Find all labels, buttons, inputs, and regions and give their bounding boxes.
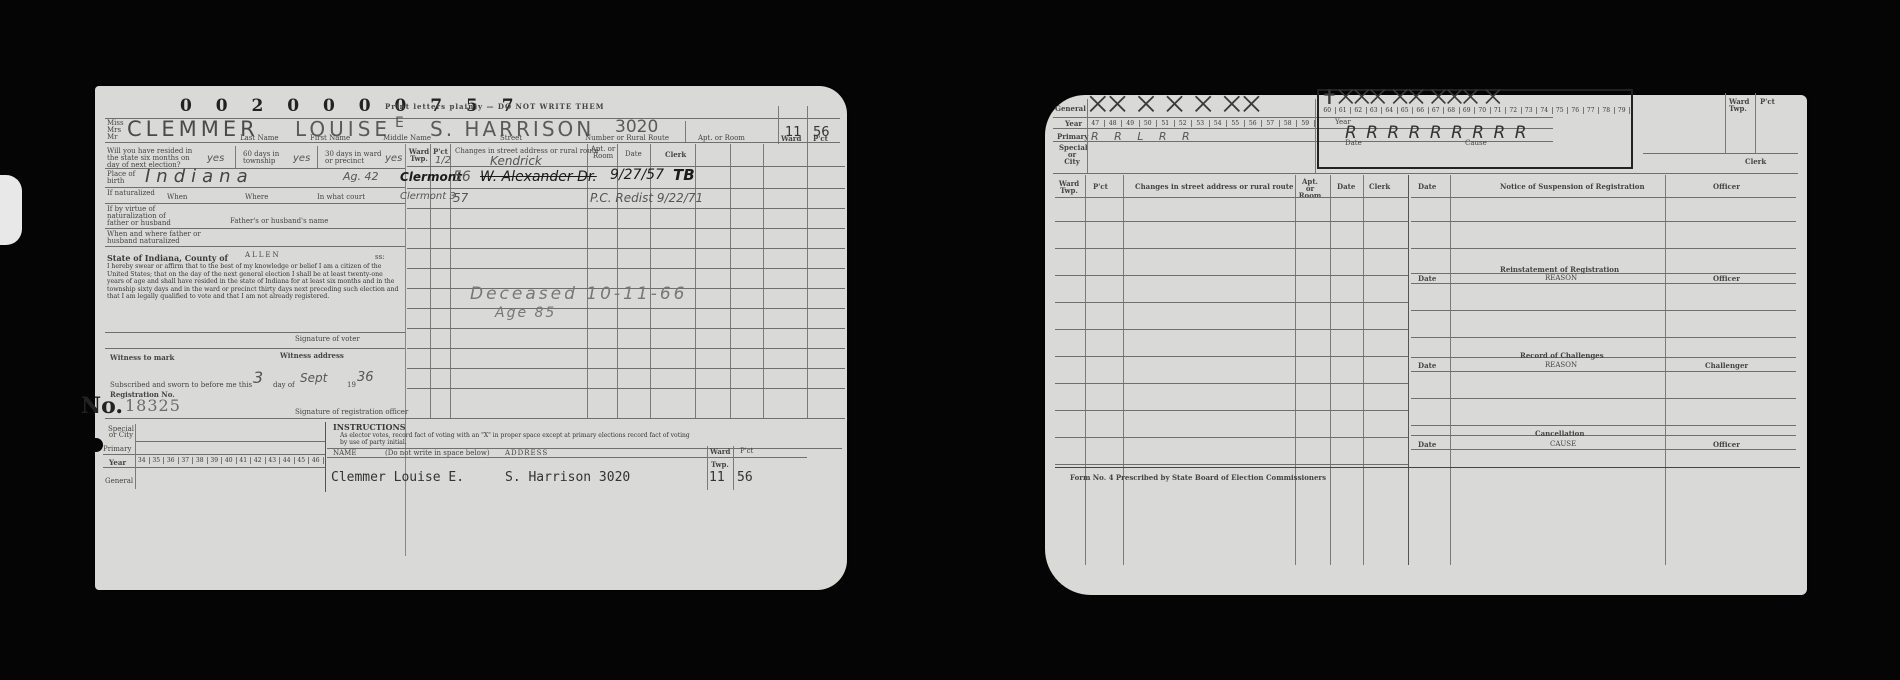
cancellation-header-date: Date bbox=[1418, 441, 1436, 448]
label-witness-address: Witness address bbox=[280, 352, 344, 359]
label-pct-bottom: P'ct bbox=[740, 448, 753, 455]
grid-label-year: Year bbox=[109, 459, 126, 466]
typed-address: S. Harrison 3020 bbox=[505, 471, 630, 484]
label-twp-bottom: Twp. bbox=[711, 461, 729, 468]
subscribed-year: 36 bbox=[357, 371, 374, 384]
primary-marks-right: R R R R R R R R R bbox=[1345, 125, 1529, 142]
change-row-2-date: 9/27/57 bbox=[610, 168, 664, 182]
registration-card-front: 0 0 2 0 0 0 0 7 5 7 Print letters plainl… bbox=[95, 86, 847, 590]
left-year-row: 34 35 36 37 38 39 40 41 42 43 44 45 46 bbox=[135, 457, 324, 464]
change-row-2-address: W. Alexander Dr. bbox=[480, 170, 597, 184]
label-first-name: First Name bbox=[310, 135, 350, 142]
state-answer: yes bbox=[207, 154, 224, 164]
header-apt: Apt. or Room bbox=[589, 146, 617, 160]
label-clerk-top: Clerk bbox=[1745, 158, 1766, 165]
label-pct-top: P'ct bbox=[1760, 98, 1775, 105]
typed-name: Clemmer Louise E. bbox=[331, 471, 464, 484]
deceased-note: Deceased 10-11-66 bbox=[470, 286, 687, 303]
punch-hole bbox=[89, 438, 103, 452]
label-name: NAME bbox=[333, 450, 356, 457]
challenges-header-date: Date bbox=[1418, 362, 1436, 369]
header-apt: Apt. or Room bbox=[1297, 178, 1323, 199]
middle-name-value: E bbox=[395, 116, 404, 130]
header-clerk: Clerk bbox=[665, 151, 686, 158]
header-pct: P'ct bbox=[1093, 183, 1108, 190]
reinstatement-header-reason: REASON bbox=[1545, 275, 1577, 282]
township-answer: yes bbox=[293, 154, 310, 164]
scan-edge-tab bbox=[0, 175, 22, 245]
label-ward: Ward bbox=[781, 135, 801, 142]
challenges-title: Record of Challenges bbox=[1520, 352, 1604, 359]
oath-text: I hereby swear or affirm that to the bes… bbox=[107, 263, 399, 301]
grid-label-primary: Primary bbox=[1057, 133, 1088, 140]
suspension-header-notice: Notice of Suspension of Registration bbox=[1500, 183, 1645, 190]
label-ward-twp-top: Ward Twp. bbox=[1729, 98, 1753, 112]
grid-label-year: Year bbox=[1065, 120, 1082, 127]
reinstatement-header-officer: Officer bbox=[1713, 275, 1740, 282]
grid-label-general: General bbox=[1055, 105, 1086, 112]
change-row-3-pct: 57 bbox=[453, 192, 468, 204]
label-subscribed: Subscribed and sworn to before me this bbox=[110, 382, 252, 389]
label-pct: P'ct bbox=[813, 135, 828, 142]
label-father-husband-name: Father's or husband's name bbox=[230, 218, 328, 225]
grid-label-special: Special or City bbox=[107, 426, 135, 438]
label-by-virtue: If by virtue of naturalization of father… bbox=[107, 206, 177, 227]
challenges-header-reason: REASON bbox=[1545, 362, 1577, 369]
registration-card-back: General Year Primary Special or City 47 … bbox=[1045, 95, 1807, 595]
general-vote-marks-right: ✝⨉⨉⨉ ⨉⨉ ⨉⨉⨉ ⨉ bbox=[1321, 87, 1501, 107]
oath-county: ALLEN bbox=[245, 252, 281, 259]
header-pct: P'ct bbox=[433, 148, 448, 155]
label-address: ADDRESS bbox=[505, 450, 548, 457]
label-day-of: day of bbox=[273, 382, 295, 389]
form-footer: Form No. 4 Prescribed by State Board of … bbox=[1070, 474, 1326, 481]
change-row-2-clerk: TB bbox=[673, 168, 695, 183]
label-signature-officer: Signature of registration officer bbox=[295, 409, 408, 416]
ward-answer: yes bbox=[385, 154, 402, 164]
change-row-1-pct: 1/2 bbox=[435, 156, 451, 166]
oath-heading: State of Indiana, County of bbox=[107, 254, 228, 262]
typed-ward: 11 bbox=[709, 471, 725, 484]
header-ward-twp: Ward Twp. bbox=[408, 148, 430, 162]
age-value: Ag. 42 bbox=[343, 171, 379, 182]
deceased-age: Age 85 bbox=[495, 306, 556, 320]
cancellation-header-cause: CAUSE bbox=[1550, 441, 1576, 448]
place-of-birth-value: Indiana bbox=[145, 168, 254, 186]
header-date: Date bbox=[625, 151, 642, 158]
cancellation-header-officer: Officer bbox=[1713, 441, 1740, 448]
header-instruction: Print letters plainly — DO NOT WRITE THE… bbox=[385, 103, 605, 110]
registration-number: 18325 bbox=[125, 398, 181, 414]
suspension-header-officer: Officer bbox=[1713, 183, 1740, 190]
subscribed-month: Sept bbox=[300, 372, 327, 384]
name-prefix-labels: Miss Mrs Mr bbox=[107, 120, 124, 141]
change-row-1-address: Kendrick bbox=[490, 155, 542, 167]
label-where: Where bbox=[245, 194, 268, 201]
grid-label-general: General bbox=[105, 478, 133, 485]
label-father-husband-where: When and where father or husband natural… bbox=[107, 231, 202, 245]
oath-ss: ss: bbox=[375, 254, 385, 261]
label-last-name: Last Name bbox=[240, 135, 279, 142]
label-in-what-court: In what court bbox=[317, 194, 365, 201]
challenges-header-challenger: Challenger bbox=[1705, 362, 1748, 369]
suspension-header-date: Date bbox=[1418, 183, 1436, 190]
header-clerk: Clerk bbox=[1369, 183, 1390, 190]
change-row-3-date: P.C. Redist 9/22/71 bbox=[590, 192, 703, 204]
label-apt: Apt. or Room bbox=[698, 135, 745, 142]
label-middle-name: Middle Name bbox=[383, 135, 431, 142]
change-row-2-pct: 56 bbox=[453, 170, 471, 184]
instructions-heading: INSTRUCTIONS bbox=[333, 423, 406, 431]
label-signature-of-voter: Signature of voter bbox=[295, 336, 360, 343]
registration-no-symbol: No. bbox=[81, 395, 123, 417]
right-year-row-left: 47 48 49 50 51 52 53 54 55 56 57 58 59 bbox=[1087, 120, 1315, 127]
label-ward-bottom: Ward bbox=[710, 448, 730, 455]
cancellation-title: Cancellation bbox=[1535, 430, 1584, 437]
label-number: Number or Rural Route bbox=[585, 135, 669, 142]
label-when: When bbox=[167, 194, 187, 201]
grid-label-special: Special or City bbox=[1059, 144, 1085, 165]
primary-marks-left: R R L R R bbox=[1091, 131, 1196, 142]
label-do-not-write: (Do not write in space below) bbox=[385, 450, 490, 457]
header-date: Date bbox=[1337, 183, 1355, 190]
reinstatement-header-date: Date bbox=[1418, 275, 1436, 282]
change-row-3-ward: Clermont 3 bbox=[400, 192, 456, 202]
header-changes: Changes in street address or rural route bbox=[1135, 183, 1293, 190]
grid-label-primary: Primary bbox=[103, 446, 131, 453]
typed-pct: 56 bbox=[737, 471, 753, 484]
label-ward-30-days: 30 days in ward or precinct bbox=[325, 151, 390, 165]
instructions-text: As elector votes, record fact of voting … bbox=[340, 432, 690, 446]
label-place-of-birth: Place of birth bbox=[107, 171, 137, 185]
label-witness-to-mark: Witness to mark bbox=[110, 354, 174, 361]
label-township-60-days: 60 days in township bbox=[243, 151, 293, 165]
header-ward-twp: Ward Twp. bbox=[1057, 180, 1081, 194]
label-if-naturalized: If naturalized bbox=[107, 190, 155, 197]
label-street: Street bbox=[500, 135, 522, 142]
last-name-value: CLEMMER bbox=[127, 119, 259, 140]
year-prefix: 19 bbox=[347, 382, 356, 389]
subscribed-day: 3 bbox=[253, 370, 263, 386]
reinstatement-title: Reinstatement of Registration bbox=[1500, 266, 1619, 273]
general-vote-marks-left: ⨉⨉ ⨉ ⨉ ⨉ ⨉⨉ bbox=[1089, 95, 1262, 117]
